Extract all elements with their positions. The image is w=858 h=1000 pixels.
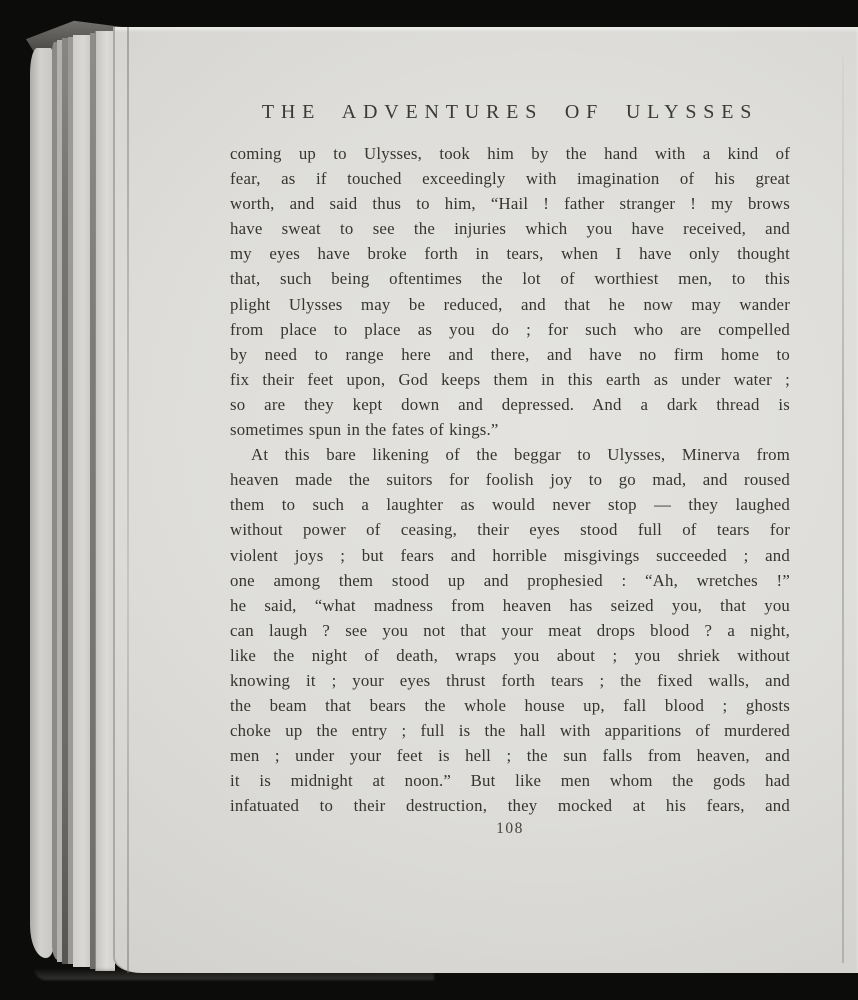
text-line: the beam that bears the whole house up, … <box>230 693 790 718</box>
book-page: THE ADVENTURES OF ULYSSES coming up to U… <box>113 27 858 973</box>
book-photo: THE ADVENTURES OF ULYSSES coming up to U… <box>0 0 858 1000</box>
text-line: by need to range here and there, and hav… <box>230 342 790 367</box>
text-line: can laugh ? see you not that your meat d… <box>230 618 790 643</box>
text-line: like the night of death, wraps you about… <box>230 643 790 668</box>
page-edge-strip <box>95 31 115 971</box>
text-line: that, such being oftentimes the lot of w… <box>230 266 790 291</box>
text-line: one among them stood up and prophesied :… <box>230 568 790 593</box>
text-line: coming up to Ulysses, took him by the ha… <box>230 141 790 166</box>
running-head: THE ADVENTURES OF ULYSSES <box>230 101 790 124</box>
text-line: men ; under your feet is hell ; the sun … <box>230 743 790 768</box>
text-line: them to such a laughter as would never s… <box>230 492 790 517</box>
page-edge-strip <box>73 35 91 967</box>
text-line: so are they kept down and depressed. And… <box>230 392 790 417</box>
text-line: my eyes have broke forth in tears, when … <box>230 241 790 266</box>
text-line: fear, as if touched exceedingly with ima… <box>230 166 790 191</box>
text-line: from place to place as you do ; for such… <box>230 317 790 342</box>
text-line: sometimes spun in the fates of kings.” <box>230 417 790 442</box>
page-crease <box>842 57 844 963</box>
text-line: he said, “what madness from heaven has s… <box>230 593 790 618</box>
text-line: plight Ulysses may be reduced, and that … <box>230 292 790 317</box>
text-line: knowing it ; your eyes thrust forth tear… <box>230 668 790 693</box>
page-fold-line <box>127 27 129 973</box>
text-line: heaven made the suitors for foolish joy … <box>230 467 790 492</box>
paragraph: At this bare likening of the beggar to U… <box>230 442 790 818</box>
text-line: violent joys ; but fears and horrible mi… <box>230 543 790 568</box>
page-number: 108 <box>230 820 790 838</box>
text-line: have sweat to see the injuries which you… <box>230 216 790 241</box>
text-line: worth, and said thus to him, “Hail ! fat… <box>230 191 790 216</box>
page-edge-strip <box>30 48 53 958</box>
text-line: without power of ceasing, their eyes sto… <box>230 517 790 542</box>
text-line: fix their feet upon, God keeps them in t… <box>230 367 790 392</box>
paragraph: coming up to Ulysses, took him by the ha… <box>230 141 790 442</box>
text-line: infatuated to their destruction, they mo… <box>230 793 790 818</box>
text-line: At this bare likening of the beggar to U… <box>230 442 790 467</box>
text-block: coming up to Ulysses, took him by the ha… <box>230 141 790 819</box>
text-line: it is midnight at noon.” But like men wh… <box>230 768 790 793</box>
text-line: choke up the entry ; full is the hall wi… <box>230 718 790 743</box>
